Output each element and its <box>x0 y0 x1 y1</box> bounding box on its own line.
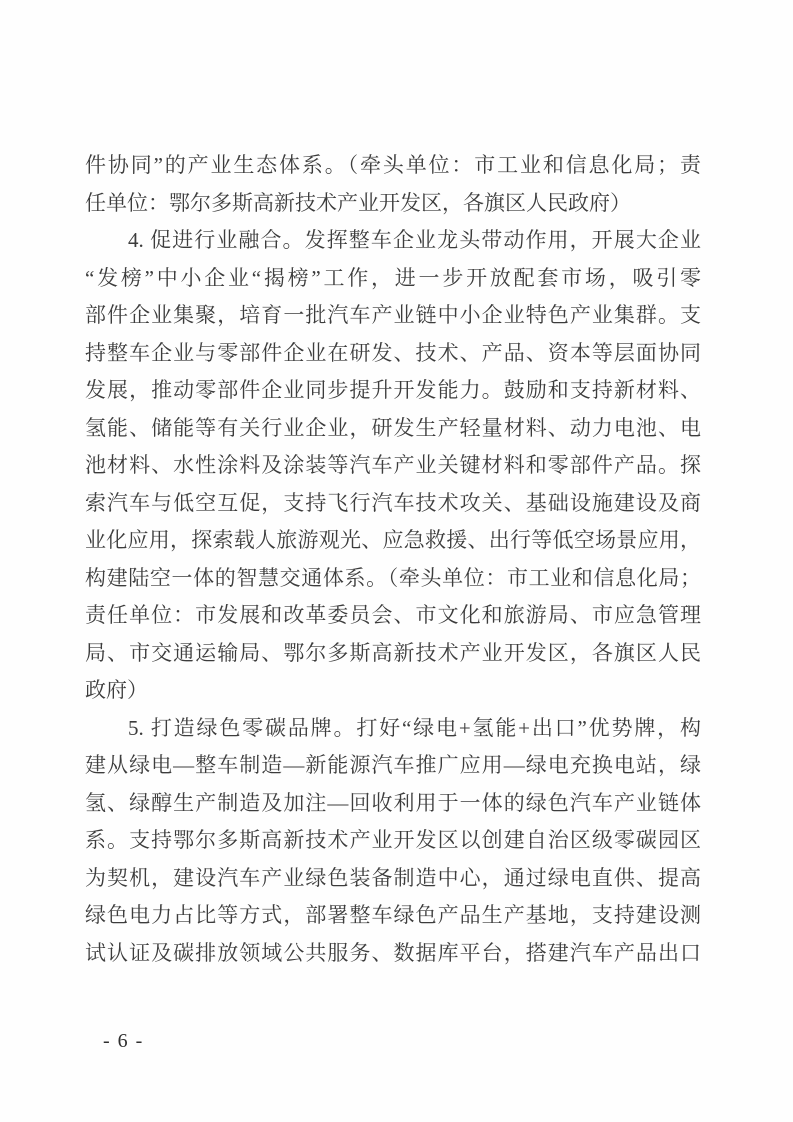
text-line: 构建陆空一体的智慧交通体系。（牵头单位：市工业和信息化局； <box>85 560 701 598</box>
text-line: 系。支持鄂尔多斯高新技术产业开发区以创建自治区级零碳园区 <box>85 822 701 860</box>
text-line: 政府） <box>85 672 701 710</box>
text-line: 业化应用，探索载人旅游观光、应急救援、出行等低空场景应用， <box>85 522 701 560</box>
text-line: 责任单位：市发展和改革委员会、市文化和旅游局、市应急管理 <box>85 597 701 635</box>
text-line: 5. 打造绿色零碳品牌。打好“绿电+氢能+出口”优势牌，构 <box>85 710 701 748</box>
text-line: 建从绿电—整车制造—新能源汽车推广应用—绿电充换电站，绿 <box>85 747 701 785</box>
body-text: 件协同”的产业生态体系。（牵头单位：市工业和信息化局；责 任单位：鄂尔多斯高新技… <box>85 147 701 972</box>
text-line: 绿色电力占比等方式，部署整车绿色产品生产基地，支持建设测 <box>85 897 701 935</box>
text-line: 为契机，建设汽车产业绿色装备制造中心，通过绿电直供、提高 <box>85 860 701 898</box>
page-number: - 6 - <box>103 1030 144 1053</box>
text-line: “发榜”中小企业“揭榜”工作，进一步开放配套市场，吸引零 <box>85 260 701 298</box>
text-line: 氢、绿醇生产制造及加注—回收利用于一体的绿色汽车产业链体 <box>85 785 701 823</box>
text-line: 池材料、水性涂料及涂装等汽车产业关键材料和零部件产品。探 <box>85 447 701 485</box>
text-line: 4. 促进行业融合。发挥整车企业龙头带动作用，开展大企业 <box>85 222 701 260</box>
text-line: 试认证及碳排放领域公共服务、数据库平台，搭建汽车产品出口 <box>85 935 701 973</box>
text-line: 任单位：鄂尔多斯高新技术产业开发区，各旗区人民政府） <box>85 185 701 223</box>
text-line: 索汽车与低空互促，支持飞行汽车技术攻关、基础设施建设及商 <box>85 485 701 523</box>
text-line: 发展，推动零部件企业同步提升开发能力。鼓励和支持新材料、 <box>85 372 701 410</box>
text-line: 持整车企业与零部件企业在研发、技术、产品、资本等层面协同 <box>85 335 701 373</box>
text-line: 局、市交通运输局、鄂尔多斯高新技术产业开发区，各旗区人民 <box>85 635 701 673</box>
text-line: 氢能、储能等有关行业企业，研发生产轻量材料、动力电池、电 <box>85 410 701 448</box>
text-line: 件协同”的产业生态体系。（牵头单位：市工业和信息化局；责 <box>85 147 701 185</box>
document-page: 件协同”的产业生态体系。（牵头单位：市工业和信息化局；责 任单位：鄂尔多斯高新技… <box>0 0 793 1122</box>
text-line: 部件企业集聚，培育一批汽车产业链中小企业特色产业集群。支 <box>85 297 701 335</box>
